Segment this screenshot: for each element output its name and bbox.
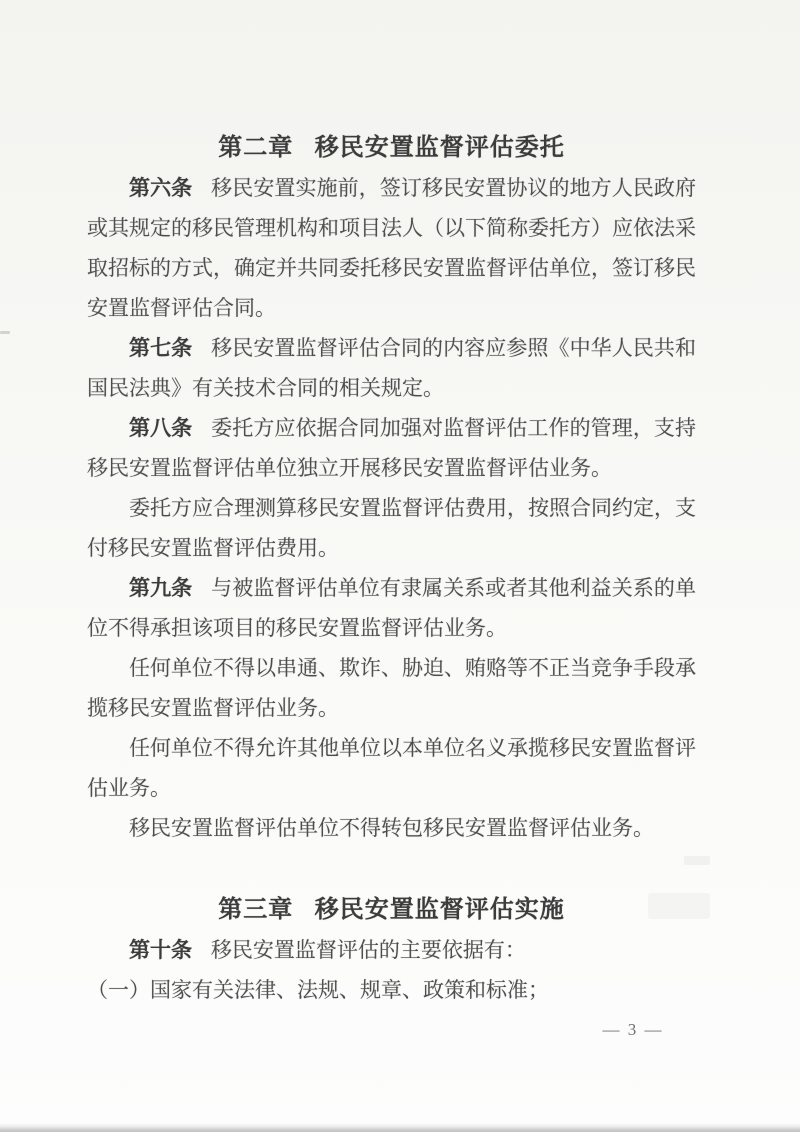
page-content: 第二章移民安置监督评估委托 第六条移民安置实施前，签订移民安置协议的地方人民政府… [87, 128, 696, 1010]
paragraph: 第六条移民安置实施前，签订移民安置协议的地方人民政府或其规定的移民管理机构和项目… [87, 168, 696, 328]
paragraph: 移民安置监督评估单位不得转包移民安置监督评估业务。 [87, 808, 696, 848]
chapter-number: 第二章 [218, 135, 293, 161]
paragraph-text: 委托方应合理测算移民安置监督评估费用，按照合同约定，支付移民安置监督评估费用。 [87, 496, 696, 560]
article-number: 第十条 [129, 938, 192, 962]
article-number: 第七条 [129, 336, 192, 360]
article-number: 第九条 [129, 576, 192, 600]
document-page: 第二章移民安置监督评估委托 第六条移民安置实施前，签订移民安置协议的地方人民政府… [0, 0, 800, 1132]
chapter-heading: 第二章移民安置监督评估委托 [87, 128, 696, 168]
scan-edge-mark [0, 331, 10, 334]
chapter-title: 移民安置监督评估实施 [315, 897, 565, 923]
scan-noise-patch [648, 893, 710, 919]
scan-noise-patch [684, 856, 710, 865]
paragraph: 第十条移民安置监督评估的主要依据有： [87, 930, 696, 970]
paragraph-text: （一）国家有关法律、法规、规章、政策和标准； [87, 978, 549, 1002]
page-number: — 3 — [588, 1018, 678, 1042]
article-number: 第六条 [129, 176, 192, 200]
paragraph: 第七条移民安置监督评估合同的内容应参照《中华人民共和国民法典》有关技术合同的相关… [87, 328, 696, 408]
paragraph: 任何单位不得允许其他单位以本单位名义承揽移民安置监督评估业务。 [87, 728, 696, 808]
chapter-title: 移民安置监督评估委托 [315, 135, 565, 161]
scan-bottom-edge [0, 1123, 800, 1132]
article-number: 第八条 [129, 416, 192, 440]
paragraph-text: 移民安置监督评估单位不得转包移民安置监督评估业务。 [129, 816, 654, 840]
paragraph: 任何单位不得以串通、欺诈、胁迫、贿赂等不正当竞争手段承揽移民安置监督评估业务。 [87, 648, 696, 728]
paragraph-text: 移民安置监督评估的主要依据有： [211, 938, 526, 962]
chapter-heading: 第三章移民安置监督评估实施 [87, 890, 696, 930]
paragraph: 第八条委托方应依据合同加强对监督评估工作的管理，支持移民安置监督评估单位独立开展… [87, 408, 696, 488]
chapter-number: 第三章 [218, 897, 293, 923]
paragraph-text: 任何单位不得以串通、欺诈、胁迫、贿赂等不正当竞争手段承揽移民安置监督评估业务。 [87, 656, 696, 720]
paragraph: 委托方应合理测算移民安置监督评估费用，按照合同约定，支付移民安置监督评估费用。 [87, 488, 696, 568]
paragraph-text: 任何单位不得允许其他单位以本单位名义承揽移民安置监督评估业务。 [87, 736, 696, 800]
paragraph: （一）国家有关法律、法规、规章、政策和标准； [87, 970, 696, 1010]
paragraph: 第九条与被监督评估单位有隶属关系或者其他利益关系的单位不得承担该项目的移民安置监… [87, 568, 696, 648]
